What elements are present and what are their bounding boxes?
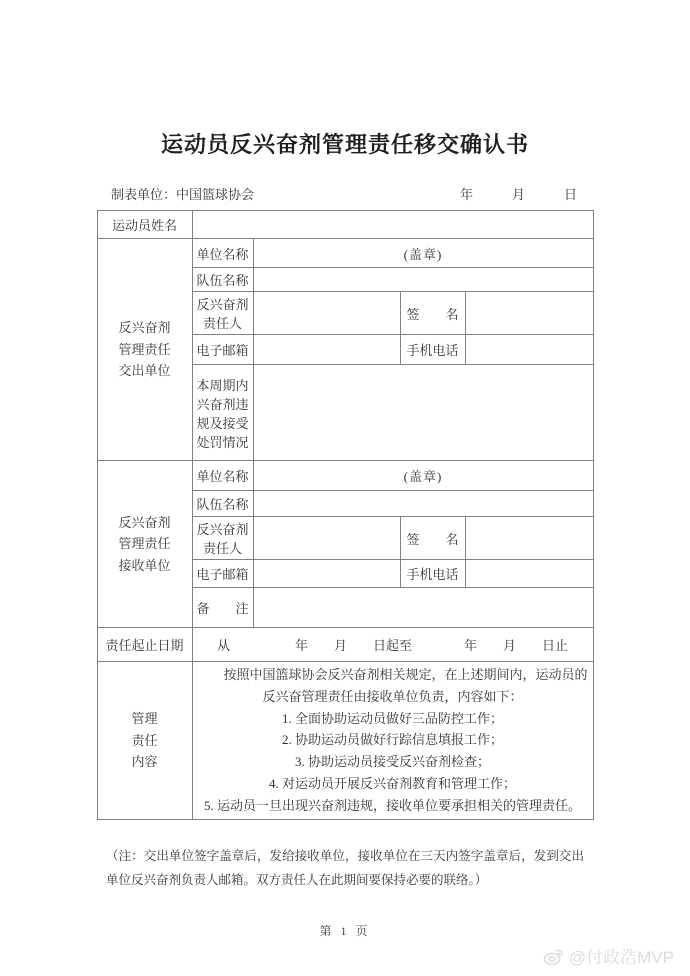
- table-row: 反兴奋剂 管理责任 接收单位 单位名称 (盖章): [97, 461, 593, 491]
- table-row: 反兴奋剂 管理责任 交出单位 单位名称 (盖章): [97, 239, 593, 268]
- responsibility-transfer-form: 运动员姓名 反兴奋剂 管理责任 交出单位 单位名称 (盖章) 队伍名称 反兴奋剂…: [97, 210, 594, 820]
- prepared-by-label: 制表单位：中国篮球协会: [97, 184, 254, 203]
- document-title: 运动员反兴奋剂管理责任移交确认书: [0, 128, 690, 159]
- table-row: 管理 责任 内容 按照中国篮球协会反兴奋剂相关规定，在上述期间内，运动员的反兴奋…: [97, 662, 593, 820]
- duty-label: 管理 责任 内容: [97, 662, 192, 820]
- period-value: 从 年 月 日起至 年 月 日止: [192, 628, 593, 662]
- in-unit-name-seal-hint: (盖章): [253, 461, 593, 491]
- weibo-logo-icon: [542, 946, 566, 966]
- document-sheet: 运动员反兴奋剂管理责任移交确认书 制表单位：中国篮球协会 年 月 日 运动员姓名…: [0, 0, 690, 939]
- footnote: （注：交出单位签字盖章后，发给接收单位，接收单位在三天内签字盖章后，发到交出单位…: [106, 845, 584, 893]
- in-signature-label: 签 名: [400, 517, 465, 560]
- period-label: 责任起止日期: [97, 628, 192, 662]
- out-team-name-value-cell: [253, 268, 593, 292]
- transfer-out-side-label: 反兴奋剂 管理责任 交出单位: [97, 239, 192, 461]
- athlete-name-label: 运动员姓名: [97, 211, 192, 239]
- remarks-value-cell: [253, 588, 593, 628]
- in-officer-value-cell: [253, 517, 400, 560]
- out-officer-label: 反兴奋剂 责任人: [192, 292, 253, 335]
- in-team-name-value-cell: [253, 491, 593, 517]
- out-mobile-label: 手机电话: [400, 335, 465, 365]
- athlete-name-value-cell: [192, 211, 593, 239]
- table-row: 责任起止日期 从 年 月 日起至 年 月 日止: [97, 628, 593, 662]
- out-violation-record-value-cell: [253, 365, 593, 461]
- watermark-text: @付政浩MVP: [569, 943, 674, 968]
- date-blanks: 年 月 日: [460, 184, 593, 203]
- in-signature-value-cell: [465, 517, 593, 560]
- remarks-label: 备 注: [192, 588, 253, 628]
- duty-content: 按照中国篮球协会反兴奋剂相关规定，在上述期间内，运动员的反兴奋管理责任由接收单位…: [192, 662, 593, 820]
- out-signature-value-cell: [465, 292, 593, 335]
- out-email-label: 电子邮箱: [192, 335, 253, 365]
- watermark: @付政浩MVP: [542, 943, 674, 968]
- out-unit-name-label: 单位名称: [192, 239, 253, 268]
- meta-row: 制表单位：中国篮球协会 年 月 日: [97, 184, 593, 203]
- in-officer-label: 反兴奋剂 责任人: [192, 517, 253, 560]
- in-mobile-label: 手机电话: [400, 560, 465, 588]
- out-unit-name-seal-hint: (盖章): [253, 239, 593, 268]
- in-mobile-value-cell: [465, 560, 593, 588]
- out-officer-value-cell: [253, 292, 400, 335]
- out-mobile-value-cell: [465, 335, 593, 365]
- out-team-name-label: 队伍名称: [192, 268, 253, 292]
- in-team-name-label: 队伍名称: [192, 491, 253, 517]
- out-signature-label: 签 名: [400, 292, 465, 335]
- transfer-in-side-label: 反兴奋剂 管理责任 接收单位: [97, 461, 192, 628]
- out-violation-record-label: 本周期内 兴奋剂违 规及接受 处罚情况: [192, 365, 253, 461]
- in-email-label: 电子邮箱: [192, 560, 253, 588]
- out-email-value-cell: [253, 335, 400, 365]
- table-row: 运动员姓名: [97, 211, 593, 239]
- in-email-value-cell: [253, 560, 400, 588]
- in-unit-name-label: 单位名称: [192, 461, 253, 491]
- page-number: 第 1 页: [0, 922, 690, 939]
